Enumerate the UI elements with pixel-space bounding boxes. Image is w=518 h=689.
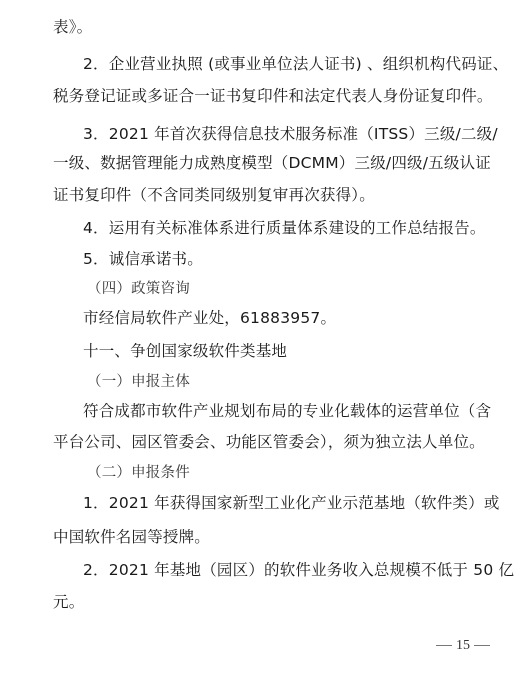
list-item-2b: 2．2021 年基地（园区）的软件业务收入总规模不低于 50 亿 bbox=[83, 560, 514, 580]
text-line: 表》。 bbox=[53, 17, 92, 37]
text-line: 中国软件名园等授牌。 bbox=[53, 527, 210, 547]
text-line: 证书复印件（不含同类同级别复审再次获得）。 bbox=[53, 185, 375, 205]
page-number: 15 bbox=[432, 638, 494, 654]
list-item-5: 5．诚信承诺书。 bbox=[83, 249, 203, 269]
subheading-policy-consult: （四）政策咨询 bbox=[87, 279, 190, 299]
contact-line: 市经信局软件产业处，61883957。 bbox=[83, 308, 336, 328]
subheading-applicant: （一）申报主体 bbox=[87, 372, 190, 392]
text-line: 平台公司、园区管委会、功能区管委会），须为独立法人单位。 bbox=[53, 432, 485, 452]
list-item-3: 3．2021 年首次获得信息技术服务标准（ITSS）三级/二级/ bbox=[83, 124, 498, 144]
section-heading: 十一、争创国家级软件类基地 bbox=[83, 341, 287, 361]
text-line: 元。 bbox=[53, 592, 84, 612]
dash-left bbox=[436, 645, 452, 646]
list-item-4: 4．运用有关标准体系进行质量体系建设的工作总结报告。 bbox=[83, 218, 486, 238]
dash-right bbox=[474, 645, 490, 646]
subheading-conditions: （二）申报条件 bbox=[87, 463, 190, 483]
text-line: 税务登记证或多证合一证书复印件和法定代表人身份证复印件。 bbox=[53, 86, 493, 106]
list-item-1: 1．2021 年获得国家新型工业化产业示范基地（软件类）或 bbox=[83, 493, 500, 513]
text-line: 一级、数据管理能力成熟度模型（DCMM）三级/四级/五级认证 bbox=[53, 153, 491, 173]
text-line: 符合成都市软件产业规划布局的专业化载体的运营单位（含 bbox=[83, 401, 491, 421]
list-item-2: 2．企业营业执照 (或事业单位法人证书) 、组织机构代码证、 bbox=[83, 54, 508, 74]
